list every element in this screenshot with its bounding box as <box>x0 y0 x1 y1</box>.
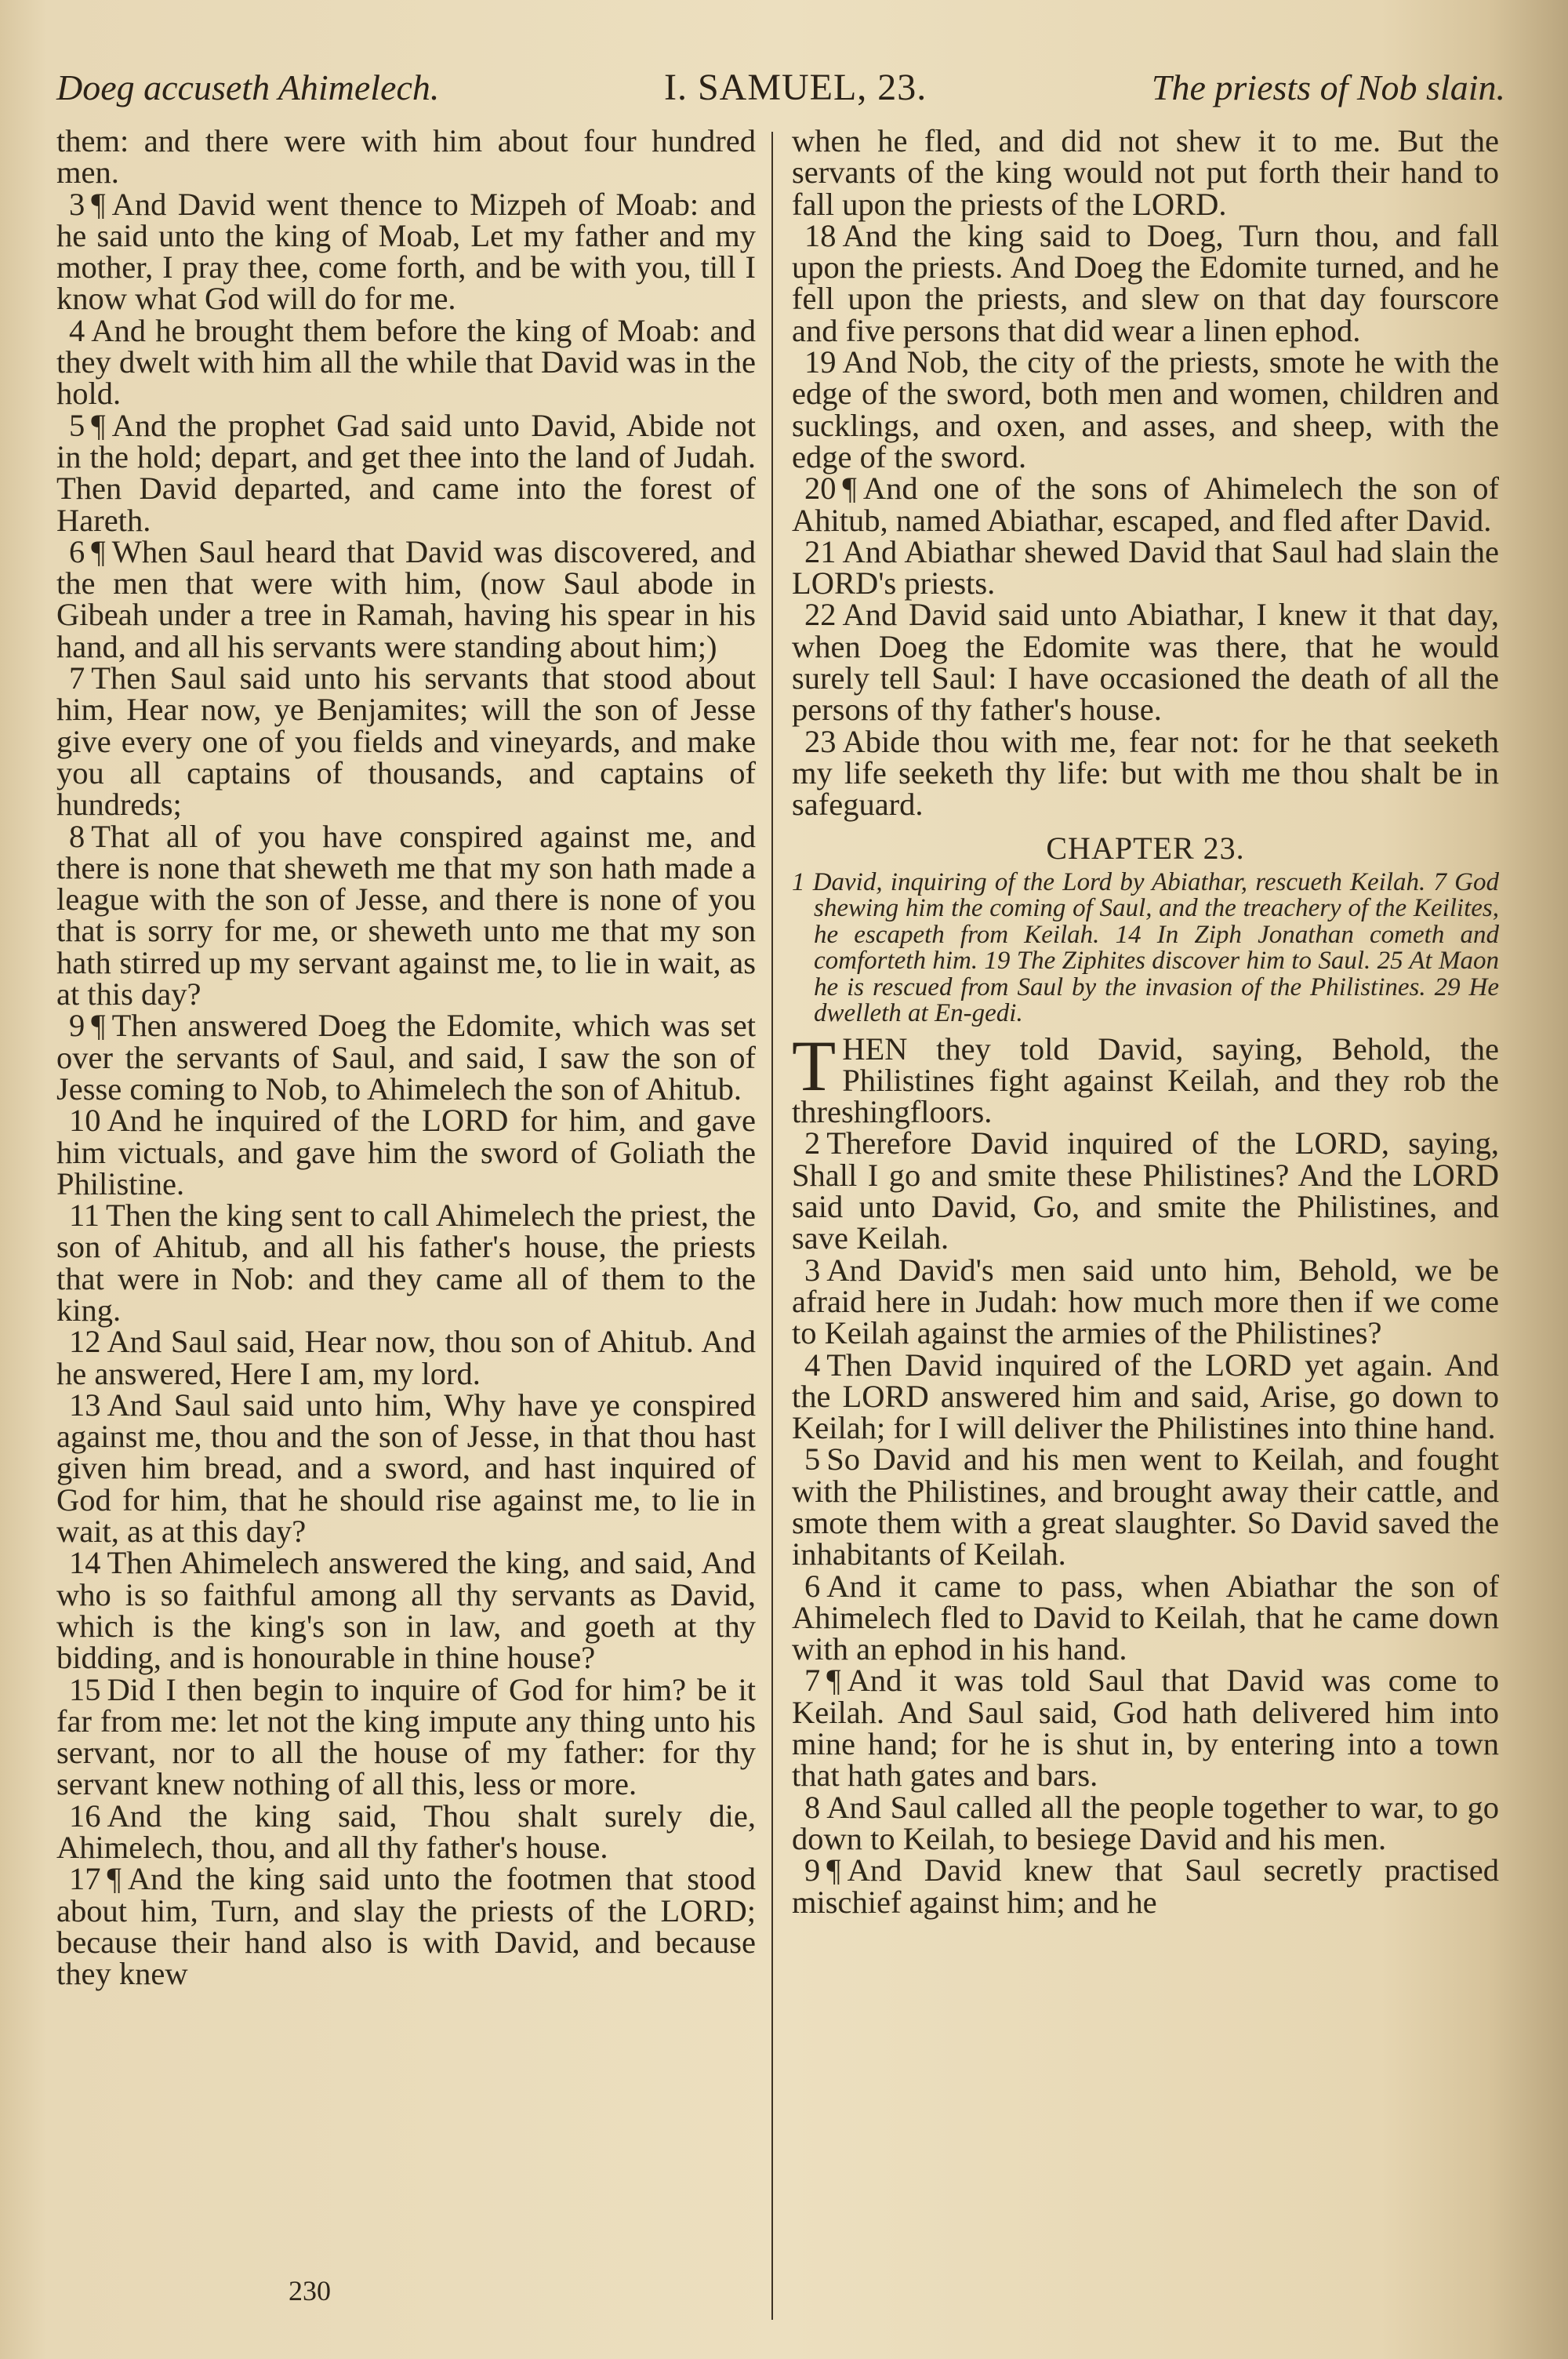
verse: 16And the king said, Thou shalt surely d… <box>56 1801 756 1864</box>
verse: 6¶When Saul heard that David was discove… <box>56 536 756 663</box>
verse-text: And David said unto Abiathar, I knew it … <box>792 597 1499 727</box>
verse-number: 9 <box>56 1008 85 1043</box>
verse: 22And David said unto Abiathar, I knew i… <box>792 599 1499 725</box>
verse-text: And it was told Saul that David was come… <box>792 1663 1499 1793</box>
verse-text: Then Ahimelech answered the king, and sa… <box>56 1545 756 1675</box>
verse-text: And Abiathar shewed David that Saul had … <box>792 534 1499 601</box>
verse-number: 10 <box>56 1103 101 1138</box>
verse-number: 2 <box>792 1125 820 1161</box>
verse-number: 4 <box>56 313 85 348</box>
verse-number: 19 <box>792 344 837 380</box>
verse-text: And David's men said unto him, Behold, w… <box>792 1252 1499 1351</box>
verse-number: 5 <box>792 1441 820 1477</box>
verse: 5¶And the prophet Gad said unto David, A… <box>56 410 756 536</box>
verse-text: And the king said, Thou shalt surely die… <box>56 1798 756 1865</box>
verse-number: 7 <box>792 1663 820 1698</box>
verse: 19And Nob, the city of the priests, smot… <box>792 347 1499 473</box>
verse-number: 6 <box>56 534 85 569</box>
verse-text: Then Saul said unto his servants that st… <box>56 660 756 822</box>
verse: 9¶Then answered Doeg the Edomite, which … <box>56 1010 756 1105</box>
verse: 23Abide thou with me, fear not: for he t… <box>792 726 1499 821</box>
verse-number: 18 <box>792 218 837 253</box>
verse: 8That all of you have conspired against … <box>56 821 756 1011</box>
verse-number: 20 <box>792 471 837 506</box>
verse: 6And it came to pass, when Abiathar the … <box>792 1571 1499 1666</box>
verse-number: 5 <box>56 408 85 443</box>
verse-number: 11 <box>56 1198 100 1233</box>
verse-text: Then David inquired of the LORD yet agai… <box>792 1347 1499 1446</box>
verse-text: And Saul said, Hear now, thou son of Ahi… <box>56 1324 756 1390</box>
verse: 4Then David inquired of the LORD yet aga… <box>792 1350 1499 1445</box>
verse-number: 21 <box>792 534 837 569</box>
verse-text: Did I then begin to inquire of God for h… <box>56 1672 756 1802</box>
verse-text: And David knew that Saul secretly practi… <box>792 1852 1499 1919</box>
pilcrow-icon: ¶ <box>91 534 105 569</box>
verse: 21And Abiathar shewed David that Saul ha… <box>792 536 1499 600</box>
verse-number: 16 <box>56 1798 101 1834</box>
page-number: 230 <box>289 2274 331 2307</box>
continuation-text: when he fled, and did not shew it to me.… <box>792 125 1499 220</box>
verse-text: And he brought them before the king of M… <box>56 313 756 412</box>
verse: 4And he brought them before the king of … <box>56 315 756 410</box>
right-column: when he fled, and did not shew it to me.… <box>792 125 1499 1918</box>
verse: 20¶And one of the sons of Ahimelech the … <box>792 473 1499 536</box>
verse-text: Then answered Doeg the Edomite, which wa… <box>56 1008 756 1107</box>
verse: 18And the king said to Doeg, Turn thou, … <box>792 220 1499 347</box>
left-column: them: and there were with him about four… <box>56 125 756 1990</box>
continuation-text: them: and there were with him about four… <box>56 125 756 189</box>
verse-text: And the king said to Doeg, Turn thou, an… <box>792 218 1499 348</box>
verse: 9¶And David knew that Saul secretly prac… <box>792 1855 1499 1918</box>
verse: 15Did I then begin to inquire of God for… <box>56 1674 756 1801</box>
header-right: The priests of Nob slain. <box>1152 64 1505 111</box>
verse: 5So David and his men went to Keilah, an… <box>792 1444 1499 1570</box>
verse-text: Therefore David inquired of the LORD, sa… <box>792 1125 1499 1256</box>
verse: 14Then Ahimelech answered the king, and … <box>56 1547 756 1674</box>
chapter-opening-verse: THEN they told David, saying, Behold, th… <box>792 1034 1499 1129</box>
verse-text: Abide thou with me, fear not: for he tha… <box>792 724 1499 823</box>
header-left: Doeg accuseth Ahimelech. <box>56 64 439 111</box>
verse-text: And David went thence to Mizpeh of Moab:… <box>56 187 756 317</box>
verse-text: And Saul said unto him, Why have ye cons… <box>56 1387 756 1549</box>
column-divider <box>771 132 773 2320</box>
verse: 10And he inquired of the LORD for him, a… <box>56 1105 756 1200</box>
verse-number: 7 <box>56 660 85 696</box>
bible-page: Doeg accuseth Ahimelech. I. SAMUEL, 23. … <box>0 0 1568 2359</box>
pilcrow-icon: ¶ <box>826 1663 840 1698</box>
chapter-heading: CHAPTER 23. <box>792 831 1499 867</box>
verse: 7Then Saul said unto his servants that s… <box>56 663 756 820</box>
drop-cap: T <box>792 1035 836 1096</box>
verse-text: So David and his men went to Keilah, and… <box>792 1441 1499 1572</box>
verse-number: 13 <box>56 1387 101 1423</box>
pilcrow-icon: ¶ <box>91 1008 105 1043</box>
verse: 3And David's men said unto him, Behold, … <box>792 1255 1499 1350</box>
running-head: Doeg accuseth Ahimelech. I. SAMUEL, 23. … <box>56 64 1505 111</box>
header-book-chapter: I. SAMUEL, 23. <box>664 64 927 111</box>
verse-text: And the king said unto the footmen that … <box>56 1861 756 1991</box>
verse-number: 12 <box>56 1324 101 1359</box>
verse-text: And one of the sons of Ahimelech the son… <box>792 471 1499 537</box>
verse-text: And he inquired of the LORD for him, and… <box>56 1103 756 1201</box>
verse-number: 6 <box>792 1568 820 1604</box>
verse-text: And Nob, the city of the priests, smote … <box>792 344 1499 474</box>
verse-number: 17 <box>56 1861 101 1896</box>
chapter-verses: 2Therefore David inquired of the LORD, s… <box>792 1128 1499 1917</box>
pilcrow-icon: ¶ <box>843 471 857 506</box>
pilcrow-icon: ¶ <box>826 1852 840 1888</box>
chapter-summary: 1 David, inquiring of the Lord by Abiath… <box>792 870 1499 1027</box>
verse-number: 8 <box>56 819 85 854</box>
verse-number: 23 <box>792 724 837 759</box>
verse: 3¶And David went thence to Mizpeh of Moa… <box>56 189 756 315</box>
verse-text: And the prophet Gad said unto David, Abi… <box>56 408 756 538</box>
verse: 17¶And the king said unto the footmen th… <box>56 1863 756 1990</box>
verse: 11Then the king sent to call Ahimelech t… <box>56 1200 756 1326</box>
verse-text: When Saul heard that David was discovere… <box>56 534 756 664</box>
verse-number: 8 <box>792 1790 820 1825</box>
pilcrow-icon: ¶ <box>107 1861 122 1896</box>
pilcrow-icon: ¶ <box>91 408 105 443</box>
left-verses: 3¶And David went thence to Mizpeh of Moa… <box>56 189 756 1990</box>
verse-number: 4 <box>792 1347 820 1383</box>
verse-number: 22 <box>792 597 837 632</box>
verse: 7¶And it was told Saul that David was co… <box>792 1665 1499 1791</box>
verse: 12And Saul said, Hear now, thou son of A… <box>56 1326 756 1390</box>
pilcrow-icon: ¶ <box>91 187 105 222</box>
verse-number: 9 <box>792 1852 820 1888</box>
verse: 2Therefore David inquired of the LORD, s… <box>792 1128 1499 1254</box>
verse-number: 3 <box>792 1252 820 1288</box>
right-verses: 18And the king said to Doeg, Turn thou, … <box>792 220 1499 821</box>
verse-number: 14 <box>56 1545 101 1580</box>
verse: 13And Saul said unto him, Why have ye co… <box>56 1390 756 1547</box>
verse-text: That all of you have conspired against m… <box>56 819 756 1012</box>
verse-number: 15 <box>56 1672 101 1707</box>
verse-text: And it came to pass, when Abiathar the s… <box>792 1568 1499 1667</box>
verse-text: Then the king sent to call Ahimelech the… <box>56 1198 756 1328</box>
verse-number: 3 <box>56 187 85 222</box>
verse: 8And Saul called all the people together… <box>792 1792 1499 1856</box>
opening-smallcaps: HEN <box>842 1031 907 1067</box>
verse-text: And Saul called all the people together … <box>792 1790 1499 1856</box>
